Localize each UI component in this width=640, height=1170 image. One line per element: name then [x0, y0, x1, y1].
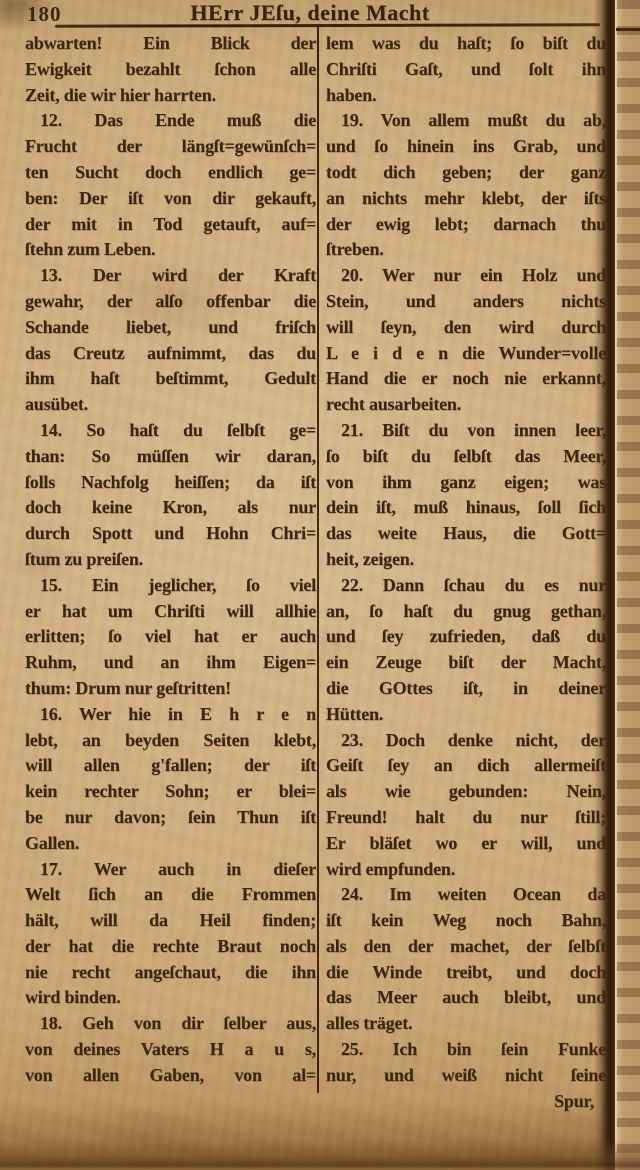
text-line: Ruhm, und an ihm Eigen=: [25, 650, 316, 676]
text-line: 12. Das Ende muß die: [25, 108, 316, 134]
text-line: ſolls Nachfolg heiſſen; da iſt: [25, 470, 316, 496]
text-line: wird empfunden.: [326, 857, 606, 883]
text-line: ben: Der iſt von dir gekauft,: [25, 186, 316, 212]
text-line: abwarten! Ein Blick der: [25, 31, 316, 57]
text-line: iſt kein Weg noch Bahn,: [326, 908, 606, 934]
next-page-edge: [615, 0, 640, 1170]
text-line: ſo biſt du ſelbſt das Meer,: [326, 444, 606, 470]
text-line: ſtreben.: [326, 237, 606, 263]
text-line: Gallen.: [25, 831, 316, 857]
text-line: er hat um Chriſti will allhie: [25, 599, 316, 625]
catchword: Spur,: [326, 1089, 606, 1115]
book-page-scan: 180 HErr JEſu, deine Macht abwarten! Ein…: [0, 0, 640, 1170]
text-line: Geiſt ſey an dich allermeiſt: [326, 753, 606, 779]
text-line: Welt ſich an die Frommen: [25, 882, 316, 908]
text-line: Zeit, die wir hier harrten.: [25, 83, 316, 109]
text-line: von deines Vaters H a u s,: [25, 1037, 316, 1063]
text-line: als den der machet, der ſelbſt: [326, 934, 606, 960]
text-line: lebt, an beyden Seiten klebt,: [25, 728, 316, 754]
text-line: Schande liebet, und friſch: [25, 315, 316, 341]
text-line: be nur davon; ſein Thun iſt: [25, 805, 316, 831]
text-line: das Meer auch bleibt, und: [326, 985, 606, 1011]
text-line: 18. Geh von dir ſelber aus,: [25, 1011, 316, 1037]
book-gutter-shadow: [594, 0, 615, 1170]
text-line: Chriſti Gaſt, und ſolt ihn: [326, 57, 606, 83]
text-line: 16. Wer hie in E h r e n: [25, 702, 316, 728]
text-line: der mit in Tod getauft, auf=: [25, 212, 316, 238]
text-line: die Winde treibt, und doch: [326, 960, 606, 986]
text-line: von ihm ganz eigen; was: [326, 470, 606, 496]
text-line: 22. Dann ſchau du es nur: [326, 573, 606, 599]
column-divider-rule: [317, 27, 319, 1093]
running-header-title: HErr JEſu, deine Macht: [60, 0, 560, 26]
text-line: will allen g'fallen; der iſt: [25, 753, 316, 779]
text-line: 13. Der wird der Kraft: [25, 263, 316, 289]
text-line: lem was du haſt; ſo biſt du: [326, 31, 606, 57]
text-line: durch Spott und Hohn Chri=: [25, 521, 316, 547]
text-line: kein rechter Sohn; er blei=: [25, 779, 316, 805]
text-line: an, ſo haſt du gnug gethan,: [326, 599, 606, 625]
text-line: will ſeyn, den wird durch: [326, 315, 606, 341]
text-line: ſtum zu preiſen.: [25, 547, 316, 573]
text-line: erlitten; ſo viel hat er auch: [25, 624, 316, 650]
text-line: thum: Drum nur geſtritten!: [25, 676, 316, 702]
text-line: ausübet.: [25, 392, 316, 418]
page-bottom-shadow: [0, 1140, 640, 1170]
text-line: und ſo hinein ins Grab, und: [326, 134, 606, 160]
page-number: 180: [27, 2, 62, 27]
text-line: gewahr, der alſo offenbar die: [25, 289, 316, 315]
text-line: than: So müſſen wir daran,: [25, 444, 316, 470]
text-line: die GOttes iſt, in deiner: [326, 676, 606, 702]
text-line: wird binden.: [25, 985, 316, 1011]
text-line: todt dich geben; der ganz: [326, 160, 606, 186]
text-line: das weite Haus, die Gott=: [326, 521, 606, 547]
text-line: ihm haſt beſtimmt, Gedult: [25, 366, 316, 392]
text-line: 24. Im weiten Ocean da: [326, 882, 606, 908]
text-line: 25. Ich bin ſein Funke: [326, 1037, 606, 1063]
left-text-column: abwarten! Ein Blick derEwigkeit bezahlt …: [25, 31, 316, 1089]
text-line: der ewig lebt; darnach thu: [326, 212, 606, 238]
text-line: und ſey zufrieden, daß du: [326, 624, 606, 650]
text-line: das Creutz aufnimmt, das du: [25, 341, 316, 367]
right-text-column: lem was du haſt; ſo biſt duChriſti Gaſt,…: [326, 31, 606, 1114]
text-line: Frucht der längſt=gewünſch=: [25, 134, 316, 160]
text-line: der hat die rechte Braut noch: [25, 934, 316, 960]
text-line: haben.: [326, 83, 606, 109]
text-line: doch keine Kron, als nur: [25, 495, 316, 521]
text-line: als wie gebunden: Nein,: [326, 779, 606, 805]
text-line: 14. So haſt du ſelbſt ge=: [25, 418, 316, 444]
text-line: alles träget.: [326, 1011, 606, 1037]
text-line: Hand die er noch nie erkannt,: [326, 366, 606, 392]
text-line: ein Zeuge biſt der Macht,: [326, 650, 606, 676]
header-rule: [55, 23, 600, 27]
text-line: Er bläſet wo er will, und: [326, 831, 606, 857]
text-line: Freund! halt du nur ſtill;: [326, 805, 606, 831]
next-page-header-rule: [616, 28, 640, 31]
text-line: 23. Doch denke nicht, der: [326, 728, 606, 754]
text-line: L e i d e n die Wunder=volle: [326, 341, 606, 367]
text-line: 19. Von allem mußt du ab,: [326, 108, 606, 134]
text-line: dein iſt, muß hinaus, ſoll ſich: [326, 495, 606, 521]
text-line: ſtehn zum Leben.: [25, 237, 316, 263]
text-line: 15. Ein jeglicher, ſo viel: [25, 573, 316, 599]
text-line: ten Sucht doch endlich ge=: [25, 160, 316, 186]
text-line: von allen Gaben, von al=: [25, 1063, 316, 1089]
text-line: Hütten.: [326, 702, 606, 728]
text-line: nur, und weiß nicht ſeine: [326, 1063, 606, 1089]
text-line: Ewigkeit bezahlt ſchon alle: [25, 57, 316, 83]
text-line: recht ausarbeiten.: [326, 392, 606, 418]
text-line: 17. Wer auch in dieſer: [25, 857, 316, 883]
text-line: nie recht angeſchaut, die ihn: [25, 960, 316, 986]
text-line: 21. Biſt du von innen leer,: [326, 418, 606, 444]
text-line: hält, will da Heil finden;: [25, 908, 316, 934]
text-line: Stein, und anders nichts: [326, 289, 606, 315]
text-line: heit, zeigen.: [326, 547, 606, 573]
text-line: 20. Wer nur ein Holz und: [326, 263, 606, 289]
text-line: an nichts mehr klebt, der iſts: [326, 186, 606, 212]
